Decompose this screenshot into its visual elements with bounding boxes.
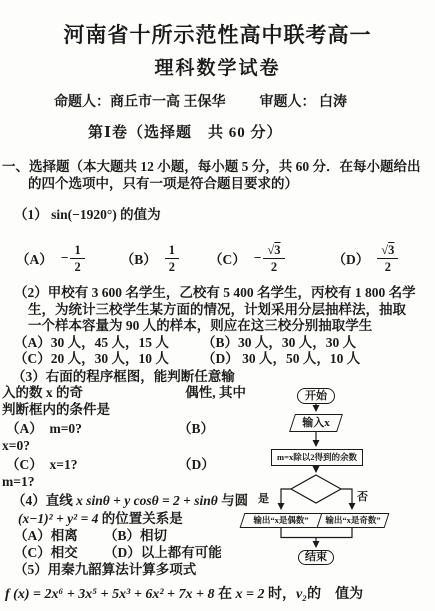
question-1-options: （A） − 12 （B） 12 （C） − √32 （D） √32 — [0, 239, 435, 277]
option-a-sign: − — [61, 250, 69, 266]
question-1-expression: sin(−1920°) — [51, 207, 117, 222]
question-3-line-1: （3）右面的程序框图，能判断任意输 — [0, 369, 435, 386]
question-5-text-1: 在 — [214, 587, 235, 602]
instructions-line-1: 一、选择题（本大题共 12 小题，每小题 5 分，共 60 分．在每小题给出 — [0, 158, 435, 175]
question-1-stem-text: 的值为 — [117, 207, 161, 222]
question-2-option-a: （A）30 人，45 人，15 人 — [14, 335, 202, 351]
question-3-option-d-label: （D） — [178, 457, 215, 473]
section-header: 第Ⅰ卷（选择题 共 60 分） — [0, 124, 435, 143]
question-2-options-row-1: （A）30 人，45 人，15 人 （B）30 人，30 人，30 人 — [0, 335, 435, 351]
question-4-option-d: （D）以上都有可能 — [104, 545, 222, 561]
question-1-option-b: （B） 12 — [121, 243, 179, 274]
question-2-option-d: （D） 30 人，50 人，10 人 — [202, 351, 360, 367]
question-1-stem: （1） sin(−1920°) 的值为 — [0, 206, 435, 223]
setter-name: 命题人：商丘市一高 王保华 — [54, 94, 226, 112]
question-5-text-3: 的 值为 — [307, 587, 363, 602]
question-2: （2）甲校有 3 600 名学生，乙校有 5 400 名学生，丙校有 1 800… — [0, 285, 435, 335]
option-c-label: （C） — [209, 248, 246, 268]
flowchart-start-node: 开始 — [297, 388, 335, 404]
question-3-option-a: （A） m=0? — [6, 421, 178, 437]
flowchart-process-node: m=x除以2得到的余数 — [271, 449, 363, 466]
question-1-option-c: （C） − √32 — [209, 243, 285, 274]
question-4-option-b: （B）相切 — [104, 528, 167, 544]
reviewer-name: 审题人： 白涛 — [260, 94, 348, 112]
question-4-line-equation: x sinθ + y cosθ = 2 + sinθ — [76, 493, 218, 508]
question-3-option-c: （C） x=1? — [6, 457, 178, 473]
question-5-text-2: 时， — [264, 587, 296, 602]
authors-line: 命题人：商丘市一高 王保华 审题人： 白涛 — [0, 94, 435, 112]
program-flowchart: 开始 输入x m=x除以2得到的余数 是 否 输出“x是偶数” 输出“x是奇数”… — [238, 386, 398, 572]
question-2-option-c: （C）20 人，30 人，10 人 — [14, 351, 202, 367]
question-2-options-row-2: （C）20 人，30 人，10 人 （D） 30 人，50 人，10 人 — [0, 351, 435, 367]
paper-title: 河南省十所示范性高中联考高一 — [0, 22, 435, 48]
question-4-option-c: （C）相交 — [14, 545, 104, 561]
question-4-option-a: （A）相离 — [14, 528, 104, 544]
question-2-line-2: 生，为统计三校学生某方面的情况，计划采用分层抽样法，抽取 — [0, 302, 435, 319]
question-4-line-2-text: 的位置关系是 — [98, 511, 182, 526]
question-2-option-b: （B）30 人，30 人，30 人 — [202, 335, 356, 351]
question-2-line-1: （2）甲校有 3 600 名学生，乙校有 5 400 名学生，丙校有 1 800… — [0, 285, 435, 302]
question-1-label: （1） — [14, 207, 48, 222]
fraction: 12 — [165, 243, 179, 274]
question-4-label: （4）直线 — [12, 493, 76, 508]
flowchart-output-odd-node: 输出“x是奇数” — [317, 513, 390, 528]
flowchart-yes-label: 是 — [258, 490, 269, 506]
flowchart-no-label: 否 — [357, 488, 368, 504]
question-3-line-2b: 偶性, 其中 — [185, 385, 246, 402]
sqrt-fraction: √32 — [263, 243, 284, 274]
option-b-label: （B） — [121, 248, 157, 268]
polynomial-expression: f (x) = 2x⁶ + 3x⁵ + 5x³ + 6x² + 7x + 8 — [5, 587, 214, 602]
question-4-circle-equation: (x−1)² + y² = 4 — [18, 511, 98, 526]
x-value: x = 2 — [235, 587, 264, 602]
option-d-label: （D） — [333, 248, 370, 268]
option-c-sign: − — [254, 250, 262, 266]
question-3-line-2a: 入的数 x 的奇 — [2, 385, 83, 402]
question-3-option-b-label: （B） — [178, 421, 214, 437]
question-1-option-d: （D） √32 — [333, 243, 399, 274]
instructions-line-2: 的四个选项中，只有一项是符合题目要求的） — [0, 175, 435, 192]
v2-symbol: v₂ — [296, 587, 307, 602]
flowchart-end-node: 结束 — [298, 550, 334, 565]
question-1-option-a: （A） − 12 — [16, 243, 85, 274]
sqrt-fraction: √32 — [377, 243, 398, 274]
option-a-label: （A） — [16, 248, 53, 268]
flowchart-output-even-node: 输出“x是偶数” — [240, 513, 323, 528]
paper-subtitle: 理科数学试卷 — [0, 57, 435, 81]
flowchart-input-node: 输入x — [289, 414, 343, 432]
fraction: 12 — [70, 243, 84, 274]
question-5-polynomial: f (x) = 2x⁶ + 3x⁵ + 5x³ + 6x² + 7x + 8 在… — [0, 585, 435, 604]
section-instructions: 一、选择题（本大题共 12 小题，每小题 5 分，共 60 分．在每小题给出 的… — [0, 158, 435, 192]
question-3-line-2: 入的数 x 的奇 偶性, 其中 — [0, 385, 246, 402]
question-2-line-3: 一个样本容量为 90 人的样本，则应在这三校分别抽取学生 — [0, 318, 435, 335]
exam-paper-page: 河南省十所示范性高中联考高一 理科数学试卷 命题人：商丘市一高 王保华 审题人：… — [0, 0, 435, 611]
